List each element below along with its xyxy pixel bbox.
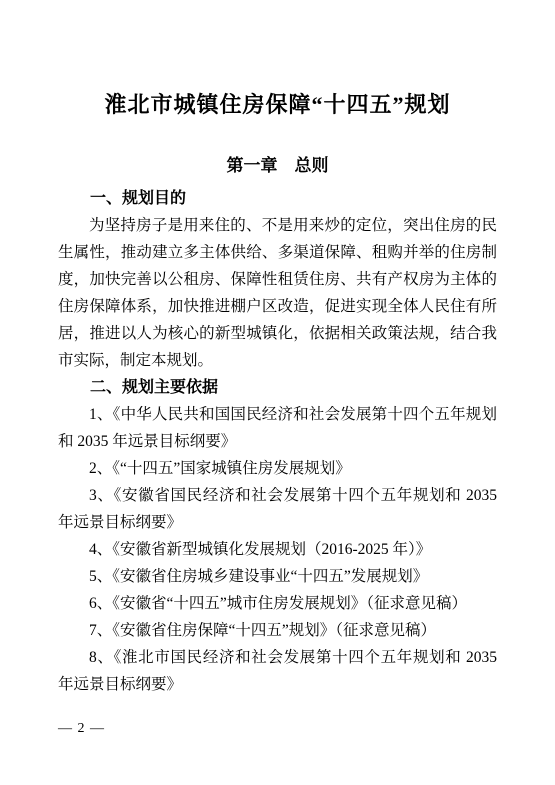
reference-item-5: 5、《安徽省住房城乡建设事业“十四五”发展规划》 <box>58 563 497 590</box>
document-title: 淮北市城镇住房保障“十四五”规划 <box>58 90 497 120</box>
page-number: — 2 — <box>58 721 105 737</box>
reference-item-2: 2、《“十四五”国家城镇住房发展规划》 <box>58 455 497 482</box>
reference-item-3: 3、《安徽省国民经济和社会发展第十四个五年规划和 2035 年远景目标纲要》 <box>58 482 497 536</box>
reference-item-6: 6、《安徽省“十四五”城市住房发展规划》（征求意见稿） <box>58 590 497 617</box>
section-1-paragraph: 为坚持房子是用来住的、不是用来炒的定位，突出住房的民生属性，推动建立多主体供给、… <box>58 212 497 374</box>
document-page: 淮北市城镇住房保障“十四五”规划 第一章 总则 一、规划目的 为坚持房子是用来住… <box>0 0 555 785</box>
chapter-heading: 第一章 总则 <box>58 154 497 178</box>
reference-item-4: 4、《安徽省新型城镇化发展规划（2016-2025 年）》 <box>58 536 497 563</box>
reference-item-1: 1、《中华人民共和国国民经济和社会发展第十四个五年规划和 2035 年远景目标纲… <box>58 401 497 455</box>
section-1-heading: 一、规划目的 <box>58 185 497 212</box>
reference-item-8: 8、《淮北市国民经济和社会发展第十四个五年规划和 2035 年远景目标纲要》 <box>58 644 497 698</box>
reference-item-7: 7、《安徽省住房保障“十四五”规划》（征求意见稿） <box>58 617 497 644</box>
section-2-heading: 二、规划主要依据 <box>58 374 497 401</box>
